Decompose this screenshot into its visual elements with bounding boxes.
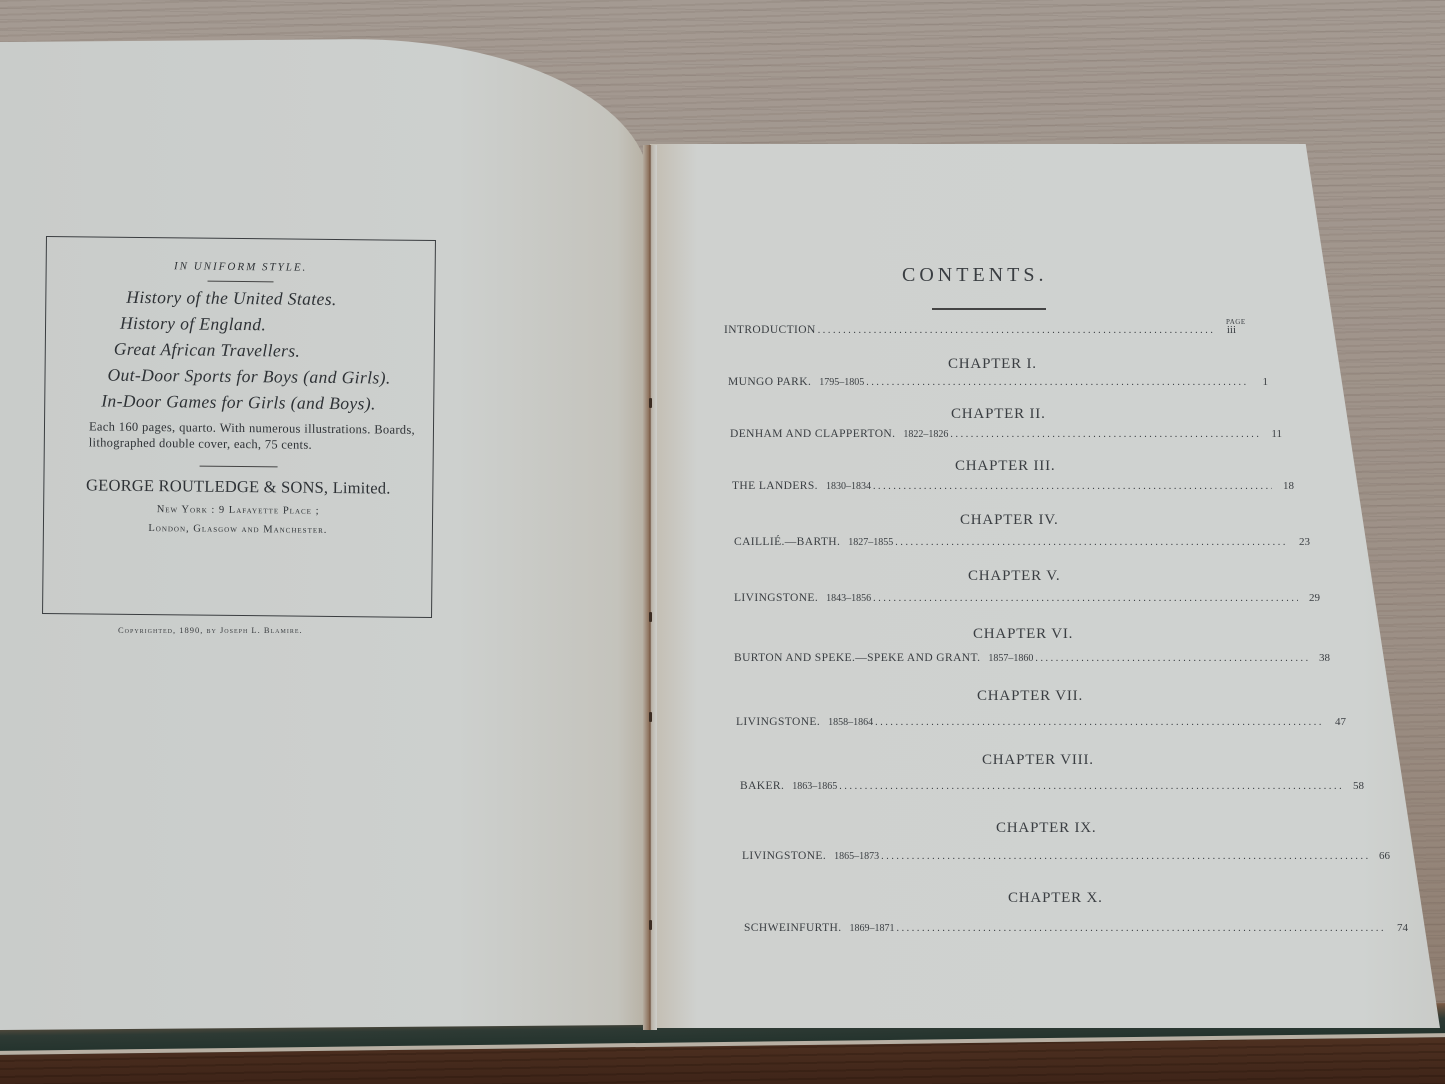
toc-dates: 1869–1871 [849,923,894,934]
toc-page-number: 18 [1280,480,1294,492]
ad-title-list: History of the United States. History of… [45,286,434,414]
chapter-heading: CHAPTER V. [968,568,1060,585]
toc-row: SCHWEINFURTH. 1869–1871 ................… [744,922,1408,934]
toc-row: LIVINGSTONE. 1858–1864 .................… [736,716,1346,728]
toc-entry: MUNGO PARK. [728,376,811,388]
binding-stitch [649,398,652,408]
binding-stitch [649,612,652,622]
chapter-heading: CHAPTER VII. [977,688,1083,705]
leader-dots: ........................................… [1035,653,1308,664]
divider [200,466,278,468]
toc-page-number: iii [1222,324,1236,336]
chapter-heading: CHAPTER X. [1008,890,1103,907]
toc-row-introduction: INTRODUCTION ...........................… [724,324,1236,336]
toc-dates: 1843–1856 [826,593,871,604]
toc-entry: BAKER. [740,780,784,792]
toc-entry: LIVINGSTONE. [734,592,818,604]
binding-stitch [649,920,652,930]
divider [932,308,1046,310]
toc-dates: 1822–1826 [903,429,948,440]
ad-title: History of England. [120,313,420,336]
toc-row: BAKER. 1863–1865 .......................… [740,780,1364,792]
chapter-heading: CHAPTER II. [951,406,1046,423]
chapter-heading: CHAPTER I. [948,356,1037,373]
leader-dots: ........................................… [875,717,1324,728]
toc-entry: LIVINGSTONE. [736,716,820,728]
toc-page-number: 11 [1268,428,1282,440]
chapter-heading: CHAPTER III. [955,458,1055,475]
leader-dots: ........................................… [866,377,1246,388]
toc-row: DENHAM AND CLAPPERTON. 1822–1826 .......… [730,428,1282,440]
toc-page-number: 47 [1332,716,1346,728]
toc-dates: 1863–1865 [792,781,837,792]
toc-dates: 1857–1860 [988,653,1033,664]
leader-dots: ........................................… [881,851,1368,862]
toc-page-number: 58 [1350,780,1364,792]
ad-title: Great African Travellers. [114,339,420,362]
toc-page-number: 74 [1394,922,1408,934]
toc-row: LIVINGSTONE. 1865–1873 .................… [742,850,1390,862]
toc-dates: 1865–1873 [834,851,879,862]
toc-entry: BURTON AND SPEKE.—SPEKE AND GRANT. [734,652,980,664]
chapter-heading: CHAPTER IV. [960,512,1059,529]
book-gutter [643,145,657,1030]
toc-row: BURTON AND SPEKE.—SPEKE AND GRANT. 1857–… [734,652,1330,664]
toc-page-number: 38 [1316,652,1330,664]
toc-page-number: 29 [1306,592,1320,604]
contents-title: CONTENTS. [902,264,1047,287]
toc-dates: 1795–1805 [819,377,864,388]
toc-entry: SCHWEINFURTH. [744,922,841,934]
chapter-heading: CHAPTER IX. [996,820,1096,837]
ad-title: Out-Door Sports for Boys (and Girls). [107,365,419,388]
toc-page-number: 23 [1296,536,1310,548]
toc-page-number: 66 [1376,850,1390,862]
toc-row: LIVINGSTONE. 1843–1856 .................… [734,592,1320,604]
leader-dots: ........................................… [950,429,1260,440]
ad-title: In-Door Games for Girls (and Boys). [101,391,419,414]
leader-dots: ........................................… [818,325,1214,336]
toc-entry: DENHAM AND CLAPPERTON. [730,428,895,440]
toc-entry: INTRODUCTION [724,324,816,336]
toc-entry: CAILLIÉ.—BARTH. [734,536,840,548]
toc-entry: LIVINGSTONE. [742,850,826,862]
leader-dots: ........................................… [873,593,1298,604]
leader-dots: ........................................… [896,923,1386,934]
toc-dates: 1827–1855 [848,537,893,548]
toc-row: THE LANDERS. 1830–1834 .................… [732,480,1294,492]
binding-stitch [649,712,652,722]
toc-entry: THE LANDERS. [732,480,818,492]
chapter-heading: CHAPTER VI. [973,626,1073,643]
copyright-line: Copyrighted, 1890, by Joseph L. Blamire. [118,625,303,635]
toc-row: CAILLIÉ.—BARTH. 1827–1855 ..............… [734,536,1310,548]
ad-heading: IN UNIFORM STYLE. [47,259,435,275]
toc-row: MUNGO PARK. 1795–1805 ..................… [728,376,1268,388]
leader-dots: ........................................… [873,481,1272,492]
toc-dates: 1858–1864 [828,717,873,728]
leader-dots: ........................................… [895,537,1288,548]
divider [208,281,274,283]
ad-title: History of the United States. [126,287,420,310]
publisher-address-2: London, Glasgow and Manchester. [44,522,432,537]
publisher-address-1: New York : 9 Lafayette Place ; [44,503,432,518]
toc-page-number: 1 [1254,376,1268,388]
ad-description: Each 160 pages, quarto. With numerous il… [45,416,433,454]
leader-dots: ........................................… [839,781,1342,792]
toc-dates: 1830–1834 [826,481,871,492]
publisher-name: GEORGE ROUTLEDGE & SONS, Limited. [44,475,432,499]
chapter-heading: CHAPTER VIII. [982,752,1094,769]
advertisement-box: IN UNIFORM STYLE. History of the United … [42,236,436,618]
